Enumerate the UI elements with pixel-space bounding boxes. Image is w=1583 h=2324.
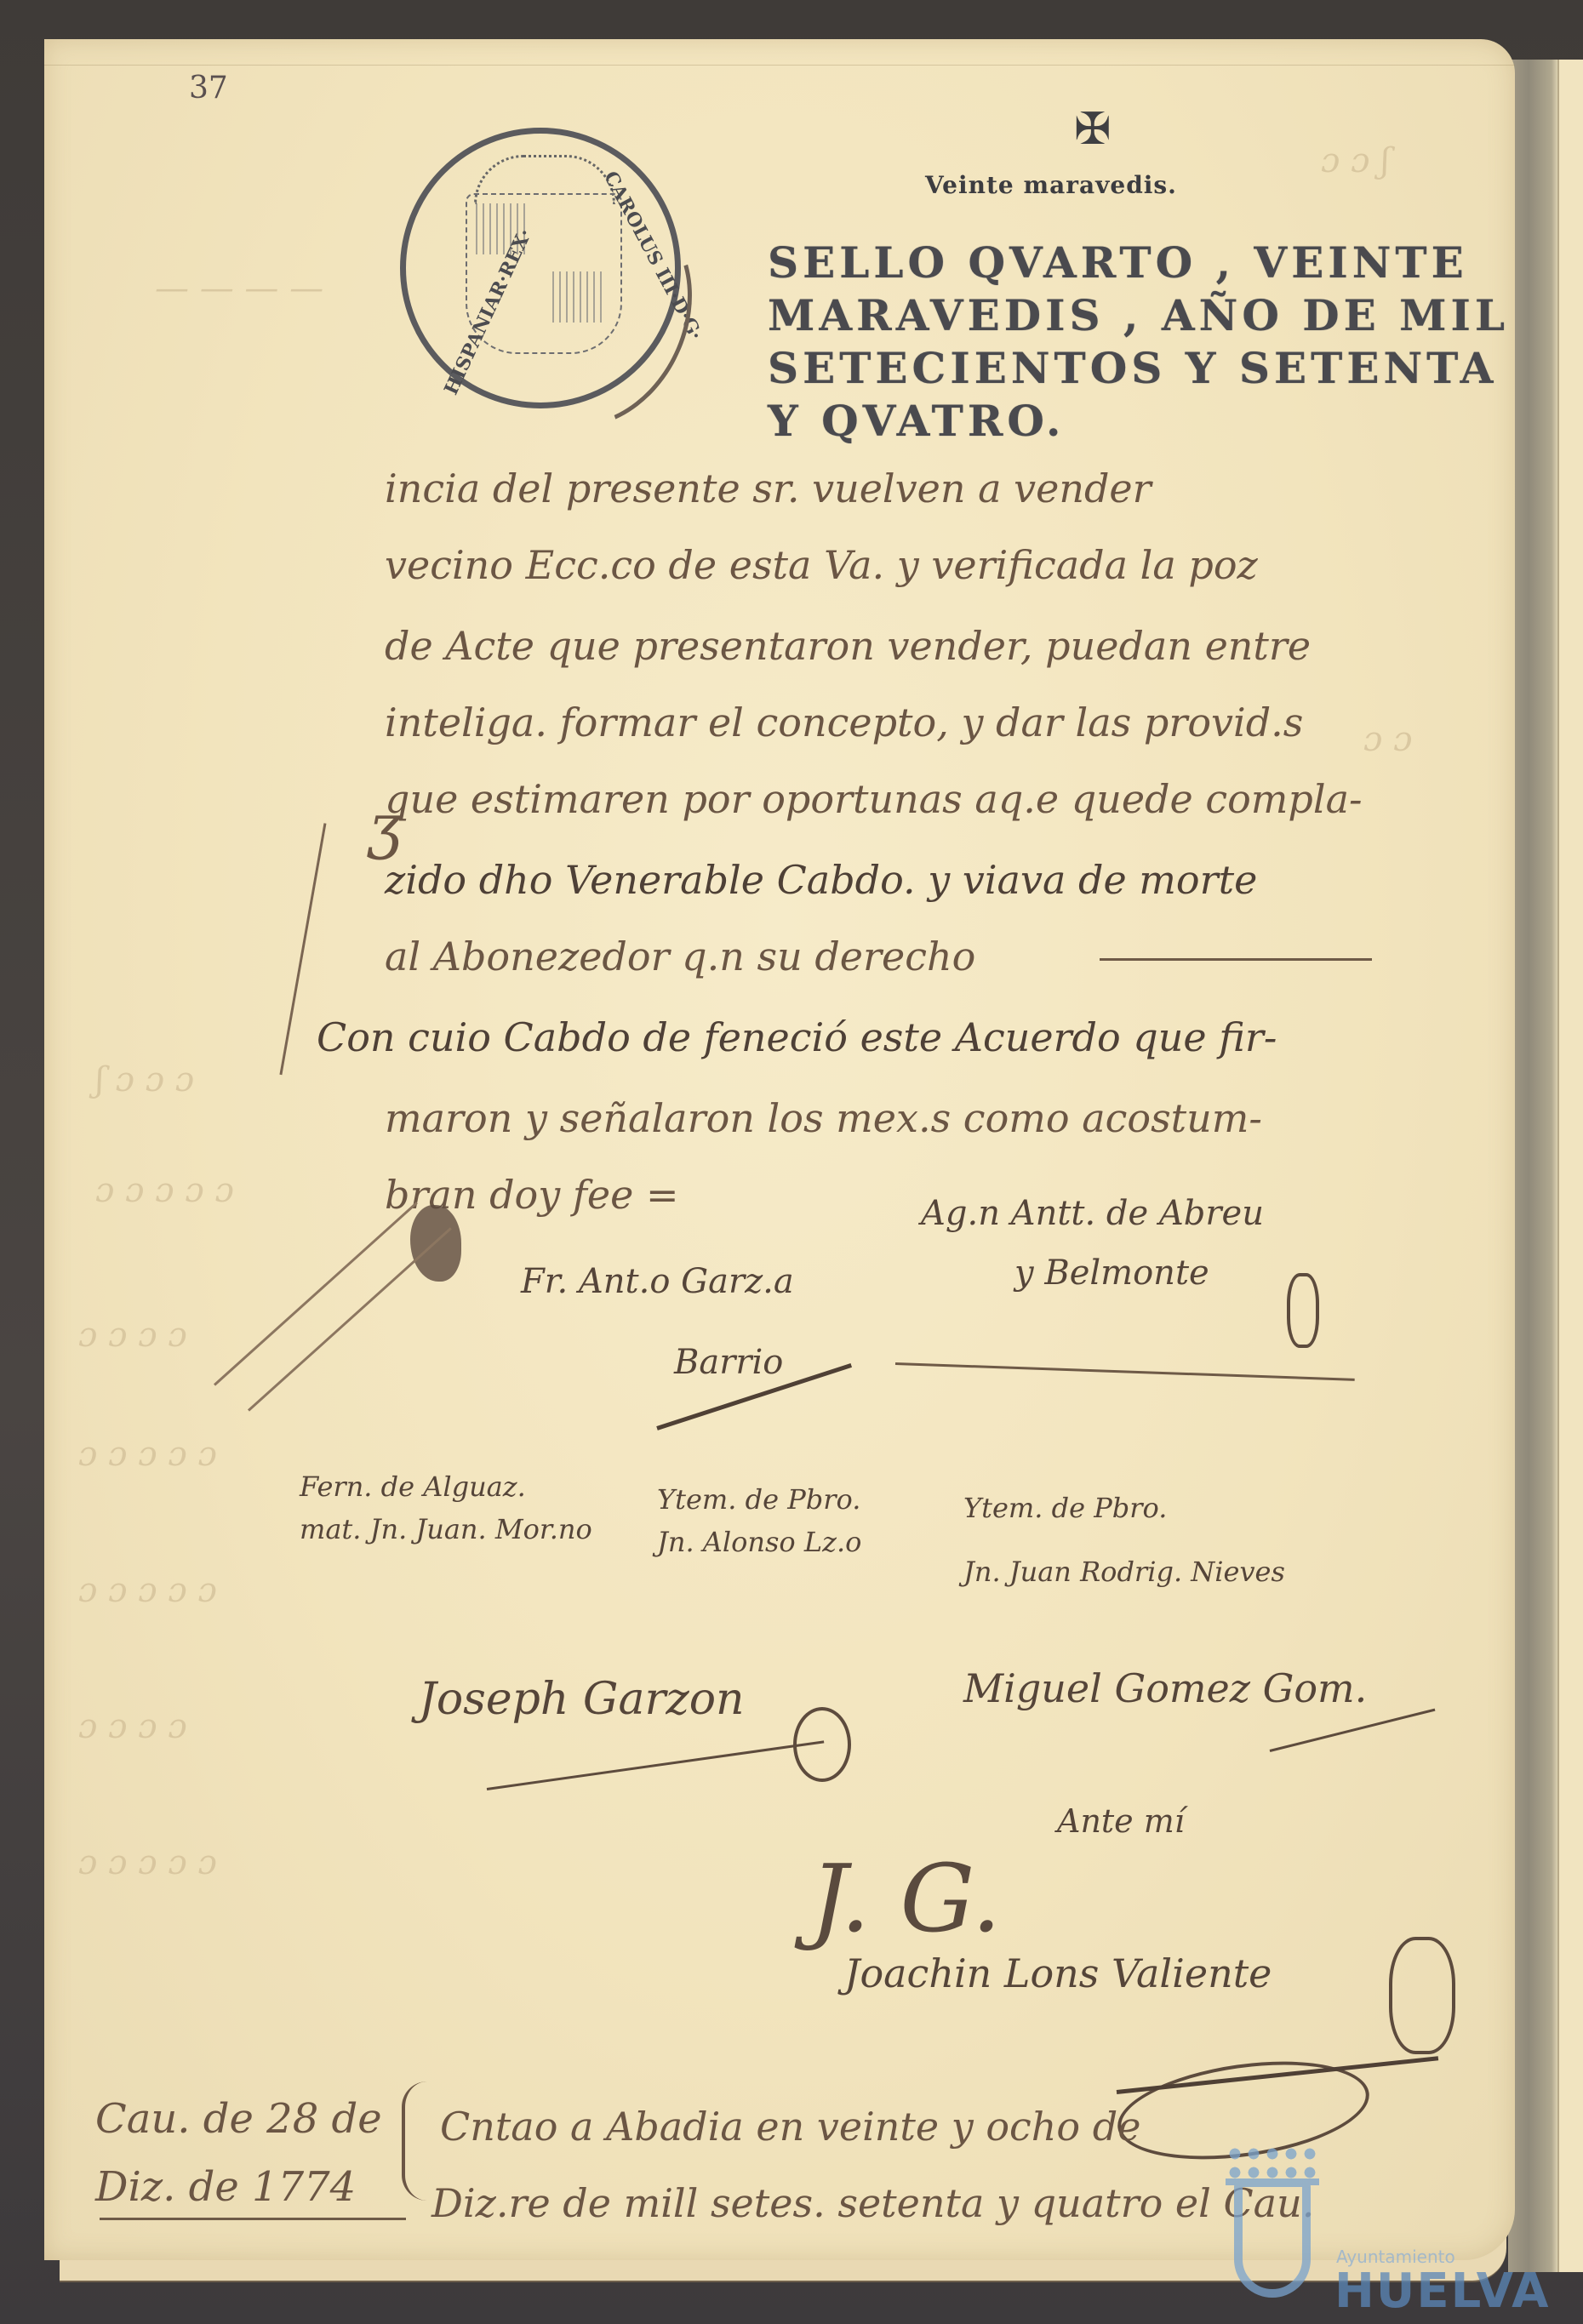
signature: Ytem. de Pbro. [963, 1494, 1167, 1522]
curly-bracket [402, 2081, 429, 2201]
signature: Fr. Ant.o Garz.a [521, 1265, 794, 1299]
margin-note-line: Cau. de 28 de [95, 2098, 382, 2139]
binding-gutter-shadow [1508, 60, 1559, 2272]
bleed-through-text: ɔ ɔ ʃ [1321, 141, 1390, 180]
bleed-through-text: ɔ ɔ ɔ ɔ ɔ [78, 1843, 217, 1882]
shield-icon [1234, 2178, 1311, 2298]
body-line: inteliga. formar el concepto, y dar las … [385, 703, 1303, 742]
maltese-cross-icon: ✠ [1074, 107, 1112, 151]
rubric-stroke [1270, 1709, 1436, 1752]
body-line: zido dho Venerable Cabdo. y viava de mor… [385, 860, 1257, 899]
signature: Jn. Juan Rodrig. Nieves [963, 1558, 1285, 1585]
pen-stroke [214, 1202, 418, 1385]
bleed-through-text: ɔ ɔ ɔ ɔ ɔ [78, 1435, 217, 1474]
bleed-through-text: ʃ ɔ ɔ ɔ [95, 1060, 194, 1099]
stamp-line-3: SETECIENTOS Y SETENTA [768, 347, 1497, 390]
line-filler-stroke [1100, 958, 1372, 961]
rubric-stroke [487, 1740, 825, 1790]
signature: Joachin Lons Valiente [844, 1954, 1272, 1993]
stamp-line-4: Y QVATRO. [768, 400, 1065, 443]
bleed-through-text: ɔ ɔ ɔ ɔ [78, 1707, 187, 1746]
bleed-through-text: ɔ ɔ ɔ ɔ ɔ [78, 1571, 217, 1610]
bleed-through-text: ɔ ɔ [1363, 720, 1413, 759]
footer-line: Cntao a Abadia en veinte y ocho de [440, 2107, 1140, 2146]
body-line: vecino Ecc.co de esta Va. y verificada l… [385, 545, 1258, 585]
page-number: 37 [189, 73, 228, 104]
signature: Ytem. de Pbro. [657, 1486, 860, 1513]
signature: Ag.n Antt. de Abreu [921, 1196, 1264, 1231]
stamp-value-line: Veinte maravedis. [925, 171, 1177, 199]
body-line: incia del presente sr. vuelven a vender [385, 469, 1152, 508]
body-line: de Acte que presentaron vender, puedan e… [385, 626, 1311, 665]
stamp-line-1: SELLO QVARTO , VEINTE [768, 242, 1468, 284]
royal-seal-stamp: HISPANIAR·REX· CAROLUS III·D·G· [400, 128, 681, 408]
signature: mat. Jn. Juan. Mor.no [300, 1516, 592, 1543]
signature: Ante mí [1057, 1805, 1185, 1837]
signature-underline [895, 1362, 1355, 1381]
next-page-edge [1557, 60, 1583, 2272]
body-line: al Abonezedor q.n su derecho [385, 937, 975, 976]
body-line: maron y señalaron los mex.s como acostum… [385, 1099, 1262, 1138]
margin-note-line: Diz. de 1774 [95, 2167, 356, 2207]
notary-monogram: J. G. [810, 1852, 1001, 1945]
signature: Jn. Alonso Lz.o [657, 1528, 861, 1556]
bleed-through-text: — — — — [155, 269, 323, 308]
notary-rubric [1389, 1937, 1455, 2054]
signature: Barrio [674, 1345, 783, 1379]
margin-note-underline [100, 2218, 406, 2220]
stamp-line-2: MARAVEDIS , AÑO DE MIL [768, 294, 1509, 337]
signature: Fern. de Alguaz. [300, 1473, 526, 1500]
body-line: que estimaren por oportunas aq.e quede c… [385, 779, 1363, 819]
bleed-through-text: ɔ ɔ ɔ ɔ ɔ [95, 1171, 234, 1210]
signature: Joseph Garzon [419, 1677, 745, 1722]
signature: Miguel Gomez Gom. [963, 1669, 1367, 1708]
margin-bracket-mark: ʒ [368, 797, 402, 856]
signature: y Belmonte [1014, 1256, 1209, 1290]
footer-line: Diz.re de mill setes. setenta y quatro e… [431, 2184, 1314, 2223]
body-line: Con cuio Cabdo de feneció este Acuerdo q… [317, 1018, 1277, 1057]
rubric-flourish [1287, 1273, 1319, 1348]
pen-stroke [248, 1227, 452, 1411]
bleed-through-text: ɔ ɔ ɔ ɔ [78, 1316, 187, 1355]
manuscript-page: 37 — — — — ʃ ɔ ɔ ɔ ɔ ɔ ɔ ɔ ɔ ɔ ɔ ɔ ɔ ɔ ɔ… [44, 39, 1515, 2260]
watermark-label-main: HUELVA [1334, 2264, 1550, 2319]
